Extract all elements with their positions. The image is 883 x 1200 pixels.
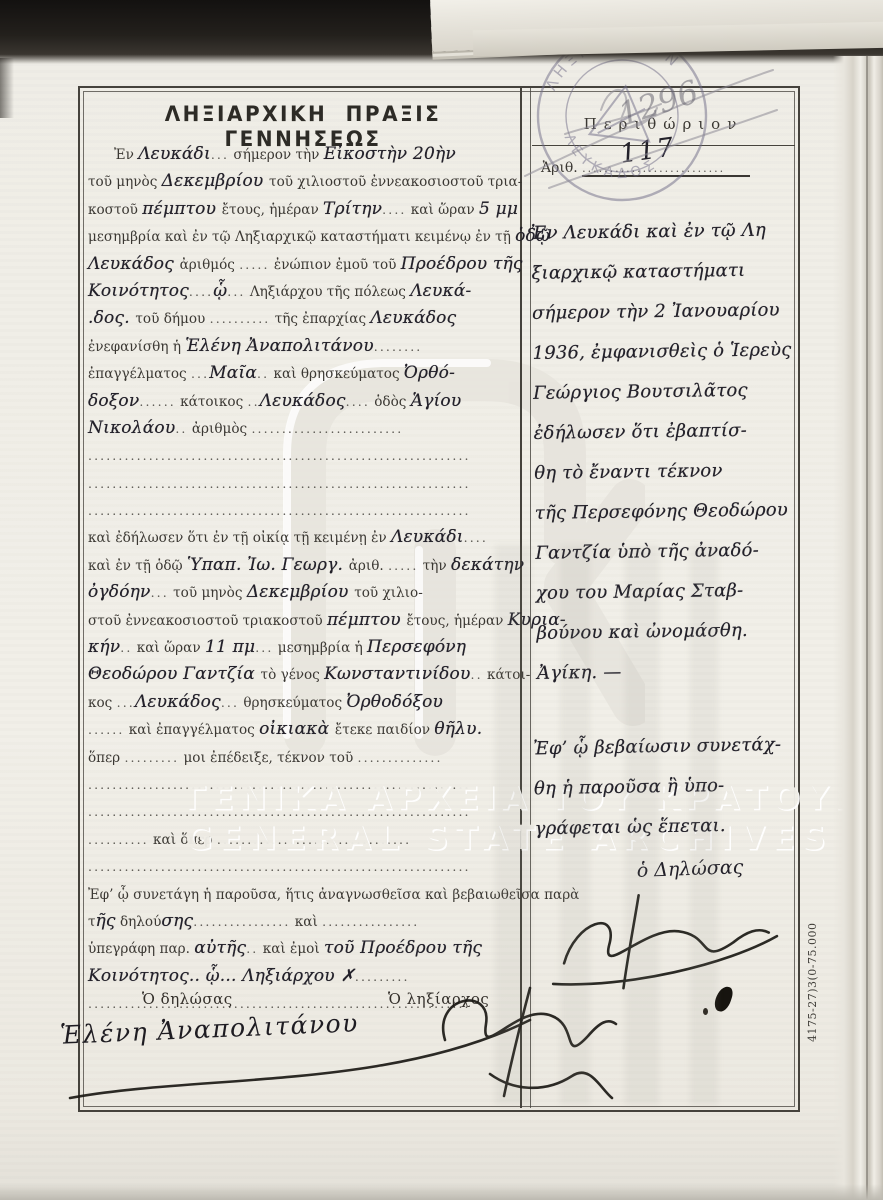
text-line: στοῦ ἐννεακοσιοστοῦ τριακοστοῦ πέμπτου ἔ… bbox=[88, 606, 520, 633]
page-edge-right bbox=[833, 56, 883, 1200]
handwritten-line: βούνου καὶ ὠνομάσθη. bbox=[536, 610, 805, 654]
page-edge-bottom bbox=[0, 1184, 883, 1200]
handwritten-line: Γεώργιος Βουτσιλᾶτος bbox=[533, 370, 802, 414]
text-line: Θεοδώρου Γαντζία τὸ γένος Κωνσταντινίδου… bbox=[88, 660, 520, 687]
handwritten-line: γράφεται ὡς ἕπεται. bbox=[534, 805, 803, 850]
text-line: ὅπερ ......... μοι ἐπέδειξε, τέκνον τοῦ … bbox=[88, 743, 520, 770]
handwritten-line: ξιαρχικῷ καταστήματι bbox=[531, 250, 800, 294]
handwritten-line: χου του Μαρίας Σταβ- bbox=[536, 570, 805, 614]
text-line: κήν.. καὶ ὥραν 11 πμ... μεσημβρία ἡ Περσ… bbox=[88, 633, 520, 660]
handwritten-line: Ἀγίκη. — bbox=[537, 650, 806, 694]
handwritten-line: Γαντζία ὑπὸ τῆς ἀναδό- bbox=[535, 530, 804, 574]
margin-signature-flourish bbox=[542, 882, 787, 998]
handwritten-line: ἐδήλωσεν ὅτι ἐβαπτίσ- bbox=[533, 410, 802, 454]
margin-annotation: Ἐν Λευκάδι καὶ ἐν τῷ Ληξιαρχικῷ καταστήμ… bbox=[531, 210, 806, 694]
text-line: Ἐν Λευκάδι... σήμερον τὴν Εἰκοστὴν 20ὴν bbox=[88, 140, 520, 167]
text-line: καὶ ἐδήλωσεν ὅτι ἐν τῇ οἰκίᾳ τῇ κειμένῃ … bbox=[88, 523, 520, 550]
text-line: κοστοῦ πέμπτου ἔτους, ἡμέραν Τρίτην.... … bbox=[88, 195, 520, 222]
print-code: 4175-27)3(0-75.000 bbox=[806, 862, 819, 1042]
body-text: Ἐν Λευκάδι... σήμερον τὴν Εἰκοστὴν 20ὴντ… bbox=[88, 140, 520, 1017]
text-line: ὑπεγράφη παρ. αὐτῆς.. καὶ ἐμοὶ τοῦ Προέδ… bbox=[88, 934, 520, 961]
handwritten-line: 1936, ἐμφανισθεὶς ὁ Ἱερεὺς bbox=[532, 330, 801, 374]
text-line: Ἐφ’ ᾧ συνετάγη ἡ παροῦσα, ἥτις ἀναγνωσθε… bbox=[88, 880, 520, 907]
margin-closing: Ἐφ’ ᾧ βεβαίωσιν συνετάχ-θη ἡ παροῦσα ἣ ὑ… bbox=[533, 725, 803, 850]
handwritten-line: Ἐφ’ ᾧ βεβαίωσιν συνετάχ- bbox=[533, 725, 802, 770]
text-line: δοξον...... κάτοικος ..Λευκάδος.... ὁδὸς… bbox=[88, 387, 520, 414]
scanned-document-page: ΛΗΞΙΑΡΧΙΚΗ ΠΡΑΞΙΣ ΓΕΝΝΗΣΕΩΣ Ἐν Λευκάδι..… bbox=[0, 0, 883, 1200]
handwritten-line: θη ἡ παροῦσα ἣ ὑπο- bbox=[534, 765, 803, 810]
text-line: κος ...Λευκάδος... θρησκεύματος Ὀρθοδόξο… bbox=[88, 688, 520, 715]
handwritten-line: τῆς Περσεφόνης Θεοδώρου bbox=[535, 490, 804, 534]
handwritten-line: θη τὸ ἔναντι τέκνον bbox=[534, 450, 803, 494]
corner-shadow bbox=[0, 58, 14, 118]
text-line: ὀγδόην... τοῦ μηνὸς Δεκεμβρίου τοῦ χιλιο… bbox=[88, 578, 520, 605]
text-line: μεσημβρία καὶ ἐν τῷ Ληξιαρχικῷ καταστήμα… bbox=[88, 222, 520, 249]
text-line: ἐνεφανίσθη ἡ Ἑλένη Ἀναπολιτάνου........ bbox=[88, 332, 520, 359]
ink-speck bbox=[703, 1008, 708, 1015]
text-line: καὶ ἐν τῇ ὁδῷ Ὑπαπ. Ἰω. Γεωργ. ἀριθ. ...… bbox=[88, 551, 520, 578]
text-line: ...... καὶ ἐπαγγέλματος οἰκιακὰ ἔτεκε πα… bbox=[88, 715, 520, 742]
text-line: Κοινότητος....ᾧ... Ληξιάρχου τῆς πόλεως … bbox=[88, 277, 520, 304]
text-line: Νικολάου.. ἀριθμὸς .....................… bbox=[88, 414, 520, 441]
text-line: τῆς δηλούσης................ καὶ .......… bbox=[88, 907, 520, 934]
pencil-note: 1296 bbox=[614, 72, 703, 133]
text-line: .δος. τοῦ δήμου .......... τῆς ἐπαρχίας … bbox=[88, 304, 520, 331]
text-line: ........................................… bbox=[88, 469, 520, 496]
page-edge-line bbox=[866, 56, 868, 1200]
text-line: ........................................… bbox=[88, 441, 520, 468]
handwritten-line: σήμερον τὴν 2 Ἰανουαρίου bbox=[532, 290, 801, 334]
text-line: ........................................… bbox=[88, 496, 520, 523]
text-line: ἐπαγγέλματος ...Μαῖα.. καὶ θρησκεύματος … bbox=[88, 359, 520, 386]
text-line: τοῦ μηνὸς Δεκεμβρίου τοῦ χιλιοστοῦ ἐννεα… bbox=[88, 167, 520, 194]
registrar-signature-flourish bbox=[60, 978, 620, 1106]
text-line: Λευκάδος ἀριθμός ..... ἐνώπιον ἐμοῦ τοῦ … bbox=[88, 250, 520, 277]
